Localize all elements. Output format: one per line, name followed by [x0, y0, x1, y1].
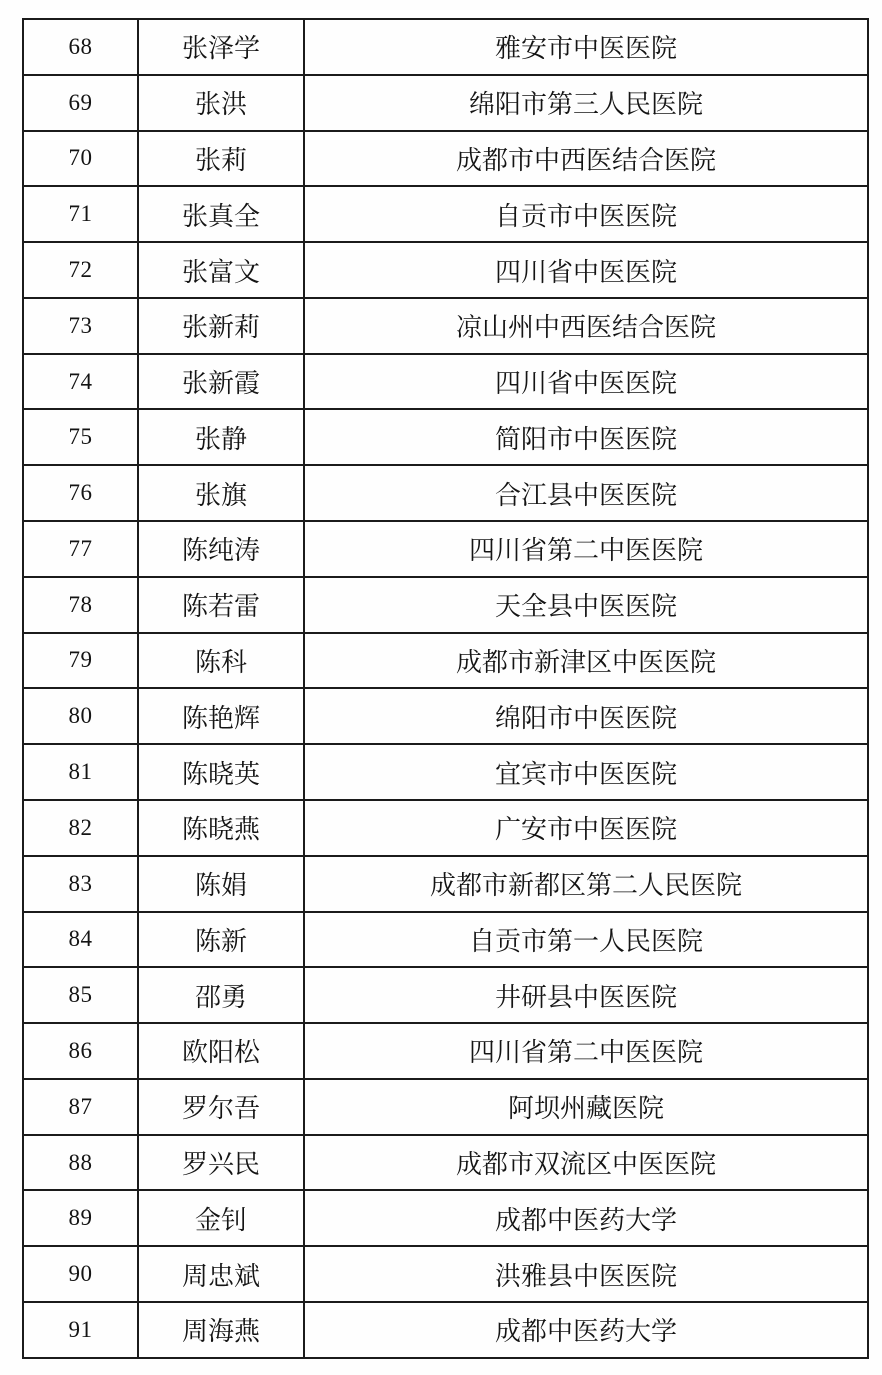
row-number-cell: 88 — [23, 1135, 138, 1191]
row-number-cell: 71 — [23, 186, 138, 242]
table-row: 71张真全自贡市中医医院 — [23, 186, 868, 242]
name-cell: 陈娟 — [138, 856, 304, 912]
row-number-cell: 89 — [23, 1190, 138, 1246]
name-cell: 周海燕 — [138, 1302, 304, 1358]
organization-cell: 四川省中医医院 — [304, 354, 868, 410]
name-cell: 张静 — [138, 409, 304, 465]
table-row: 81陈晓英宜宾市中医医院 — [23, 744, 868, 800]
table-row: 90周忠斌洪雅县中医医院 — [23, 1246, 868, 1302]
row-number-cell: 76 — [23, 465, 138, 521]
name-cell: 张泽学 — [138, 19, 304, 75]
organization-cell: 成都市新都区第二人民医院 — [304, 856, 868, 912]
table-row: 89金钊成都中医药大学 — [23, 1190, 868, 1246]
table-row: 78陈若雷天全县中医医院 — [23, 577, 868, 633]
organization-cell: 成都市新津区中医医院 — [304, 633, 868, 689]
row-number-cell: 81 — [23, 744, 138, 800]
organization-cell: 成都市双流区中医医院 — [304, 1135, 868, 1191]
organization-cell: 广安市中医医院 — [304, 800, 868, 856]
name-cell: 张洪 — [138, 75, 304, 131]
organization-cell: 成都中医药大学 — [304, 1302, 868, 1358]
row-number-cell: 82 — [23, 800, 138, 856]
row-number-cell: 70 — [23, 131, 138, 187]
organization-cell: 自贡市中医医院 — [304, 186, 868, 242]
organization-cell: 四川省第二中医医院 — [304, 1023, 868, 1079]
table-row: 75张静简阳市中医医院 — [23, 409, 868, 465]
organization-cell: 成都中医药大学 — [304, 1190, 868, 1246]
row-number-cell: 90 — [23, 1246, 138, 1302]
row-number-cell: 68 — [23, 19, 138, 75]
name-cell: 张新莉 — [138, 298, 304, 354]
name-cell: 张真全 — [138, 186, 304, 242]
row-number-cell: 79 — [23, 633, 138, 689]
table-row: 70张莉成都市中西医结合医院 — [23, 131, 868, 187]
row-number-cell: 74 — [23, 354, 138, 410]
table-row: 83陈娟成都市新都区第二人民医院 — [23, 856, 868, 912]
table-row: 87罗尔吾阿坝州藏医院 — [23, 1079, 868, 1135]
row-number-cell: 75 — [23, 409, 138, 465]
row-number-cell: 84 — [23, 912, 138, 968]
row-number-cell: 87 — [23, 1079, 138, 1135]
row-number-cell: 91 — [23, 1302, 138, 1358]
row-number-cell: 73 — [23, 298, 138, 354]
organization-cell: 井研县中医医院 — [304, 967, 868, 1023]
organization-cell: 成都市中西医结合医院 — [304, 131, 868, 187]
table-row: 69张洪绵阳市第三人民医院 — [23, 75, 868, 131]
organization-cell: 洪雅县中医医院 — [304, 1246, 868, 1302]
table-row: 82陈晓燕广安市中医医院 — [23, 800, 868, 856]
organization-cell: 绵阳市第三人民医院 — [304, 75, 868, 131]
name-cell: 陈若雷 — [138, 577, 304, 633]
organization-cell: 宜宾市中医医院 — [304, 744, 868, 800]
organization-cell: 天全县中医医院 — [304, 577, 868, 633]
row-number-cell: 78 — [23, 577, 138, 633]
table-row: 84陈新自贡市第一人民医院 — [23, 912, 868, 968]
name-cell: 张富文 — [138, 242, 304, 298]
name-cell: 陈科 — [138, 633, 304, 689]
name-cell: 陈纯涛 — [138, 521, 304, 577]
table-row: 77陈纯涛四川省第二中医医院 — [23, 521, 868, 577]
organization-cell: 简阳市中医医院 — [304, 409, 868, 465]
table-row: 74张新霞四川省中医医院 — [23, 354, 868, 410]
row-number-cell: 72 — [23, 242, 138, 298]
organization-cell: 自贡市第一人民医院 — [304, 912, 868, 968]
organization-cell: 四川省中医医院 — [304, 242, 868, 298]
roster-table: 68张泽学雅安市中医医院69张洪绵阳市第三人民医院70张莉成都市中西医结合医院7… — [22, 18, 869, 1359]
organization-cell: 阿坝州藏医院 — [304, 1079, 868, 1135]
row-number-cell: 80 — [23, 688, 138, 744]
table-row: 91周海燕成都中医药大学 — [23, 1302, 868, 1358]
name-cell: 陈艳辉 — [138, 688, 304, 744]
table-row: 76张旗合江县中医医院 — [23, 465, 868, 521]
row-number-cell: 77 — [23, 521, 138, 577]
name-cell: 张旗 — [138, 465, 304, 521]
name-cell: 张新霞 — [138, 354, 304, 410]
name-cell: 陈晓英 — [138, 744, 304, 800]
table-row: 72张富文四川省中医医院 — [23, 242, 868, 298]
organization-cell: 雅安市中医医院 — [304, 19, 868, 75]
table-row: 80陈艳辉绵阳市中医医院 — [23, 688, 868, 744]
name-cell: 张莉 — [138, 131, 304, 187]
row-number-cell: 69 — [23, 75, 138, 131]
organization-cell: 四川省第二中医医院 — [304, 521, 868, 577]
organization-cell: 凉山州中西医结合医院 — [304, 298, 868, 354]
organization-cell: 合江县中医医院 — [304, 465, 868, 521]
table-row: 79陈科成都市新津区中医医院 — [23, 633, 868, 689]
name-cell: 陈晓燕 — [138, 800, 304, 856]
name-cell: 邵勇 — [138, 967, 304, 1023]
row-number-cell: 85 — [23, 967, 138, 1023]
table-row: 85邵勇井研县中医医院 — [23, 967, 868, 1023]
name-cell: 金钊 — [138, 1190, 304, 1246]
table-row: 88罗兴民成都市双流区中医医院 — [23, 1135, 868, 1191]
name-cell: 周忠斌 — [138, 1246, 304, 1302]
roster-table-body: 68张泽学雅安市中医医院69张洪绵阳市第三人民医院70张莉成都市中西医结合医院7… — [23, 19, 868, 1358]
name-cell: 欧阳松 — [138, 1023, 304, 1079]
document-page: 68张泽学雅安市中医医院69张洪绵阳市第三人民医院70张莉成都市中西医结合医院7… — [0, 0, 882, 1375]
table-row: 68张泽学雅安市中医医院 — [23, 19, 868, 75]
table-row: 86欧阳松四川省第二中医医院 — [23, 1023, 868, 1079]
name-cell: 罗尔吾 — [138, 1079, 304, 1135]
row-number-cell: 86 — [23, 1023, 138, 1079]
table-row: 73张新莉凉山州中西医结合医院 — [23, 298, 868, 354]
name-cell: 陈新 — [138, 912, 304, 968]
name-cell: 罗兴民 — [138, 1135, 304, 1191]
row-number-cell: 83 — [23, 856, 138, 912]
organization-cell: 绵阳市中医医院 — [304, 688, 868, 744]
